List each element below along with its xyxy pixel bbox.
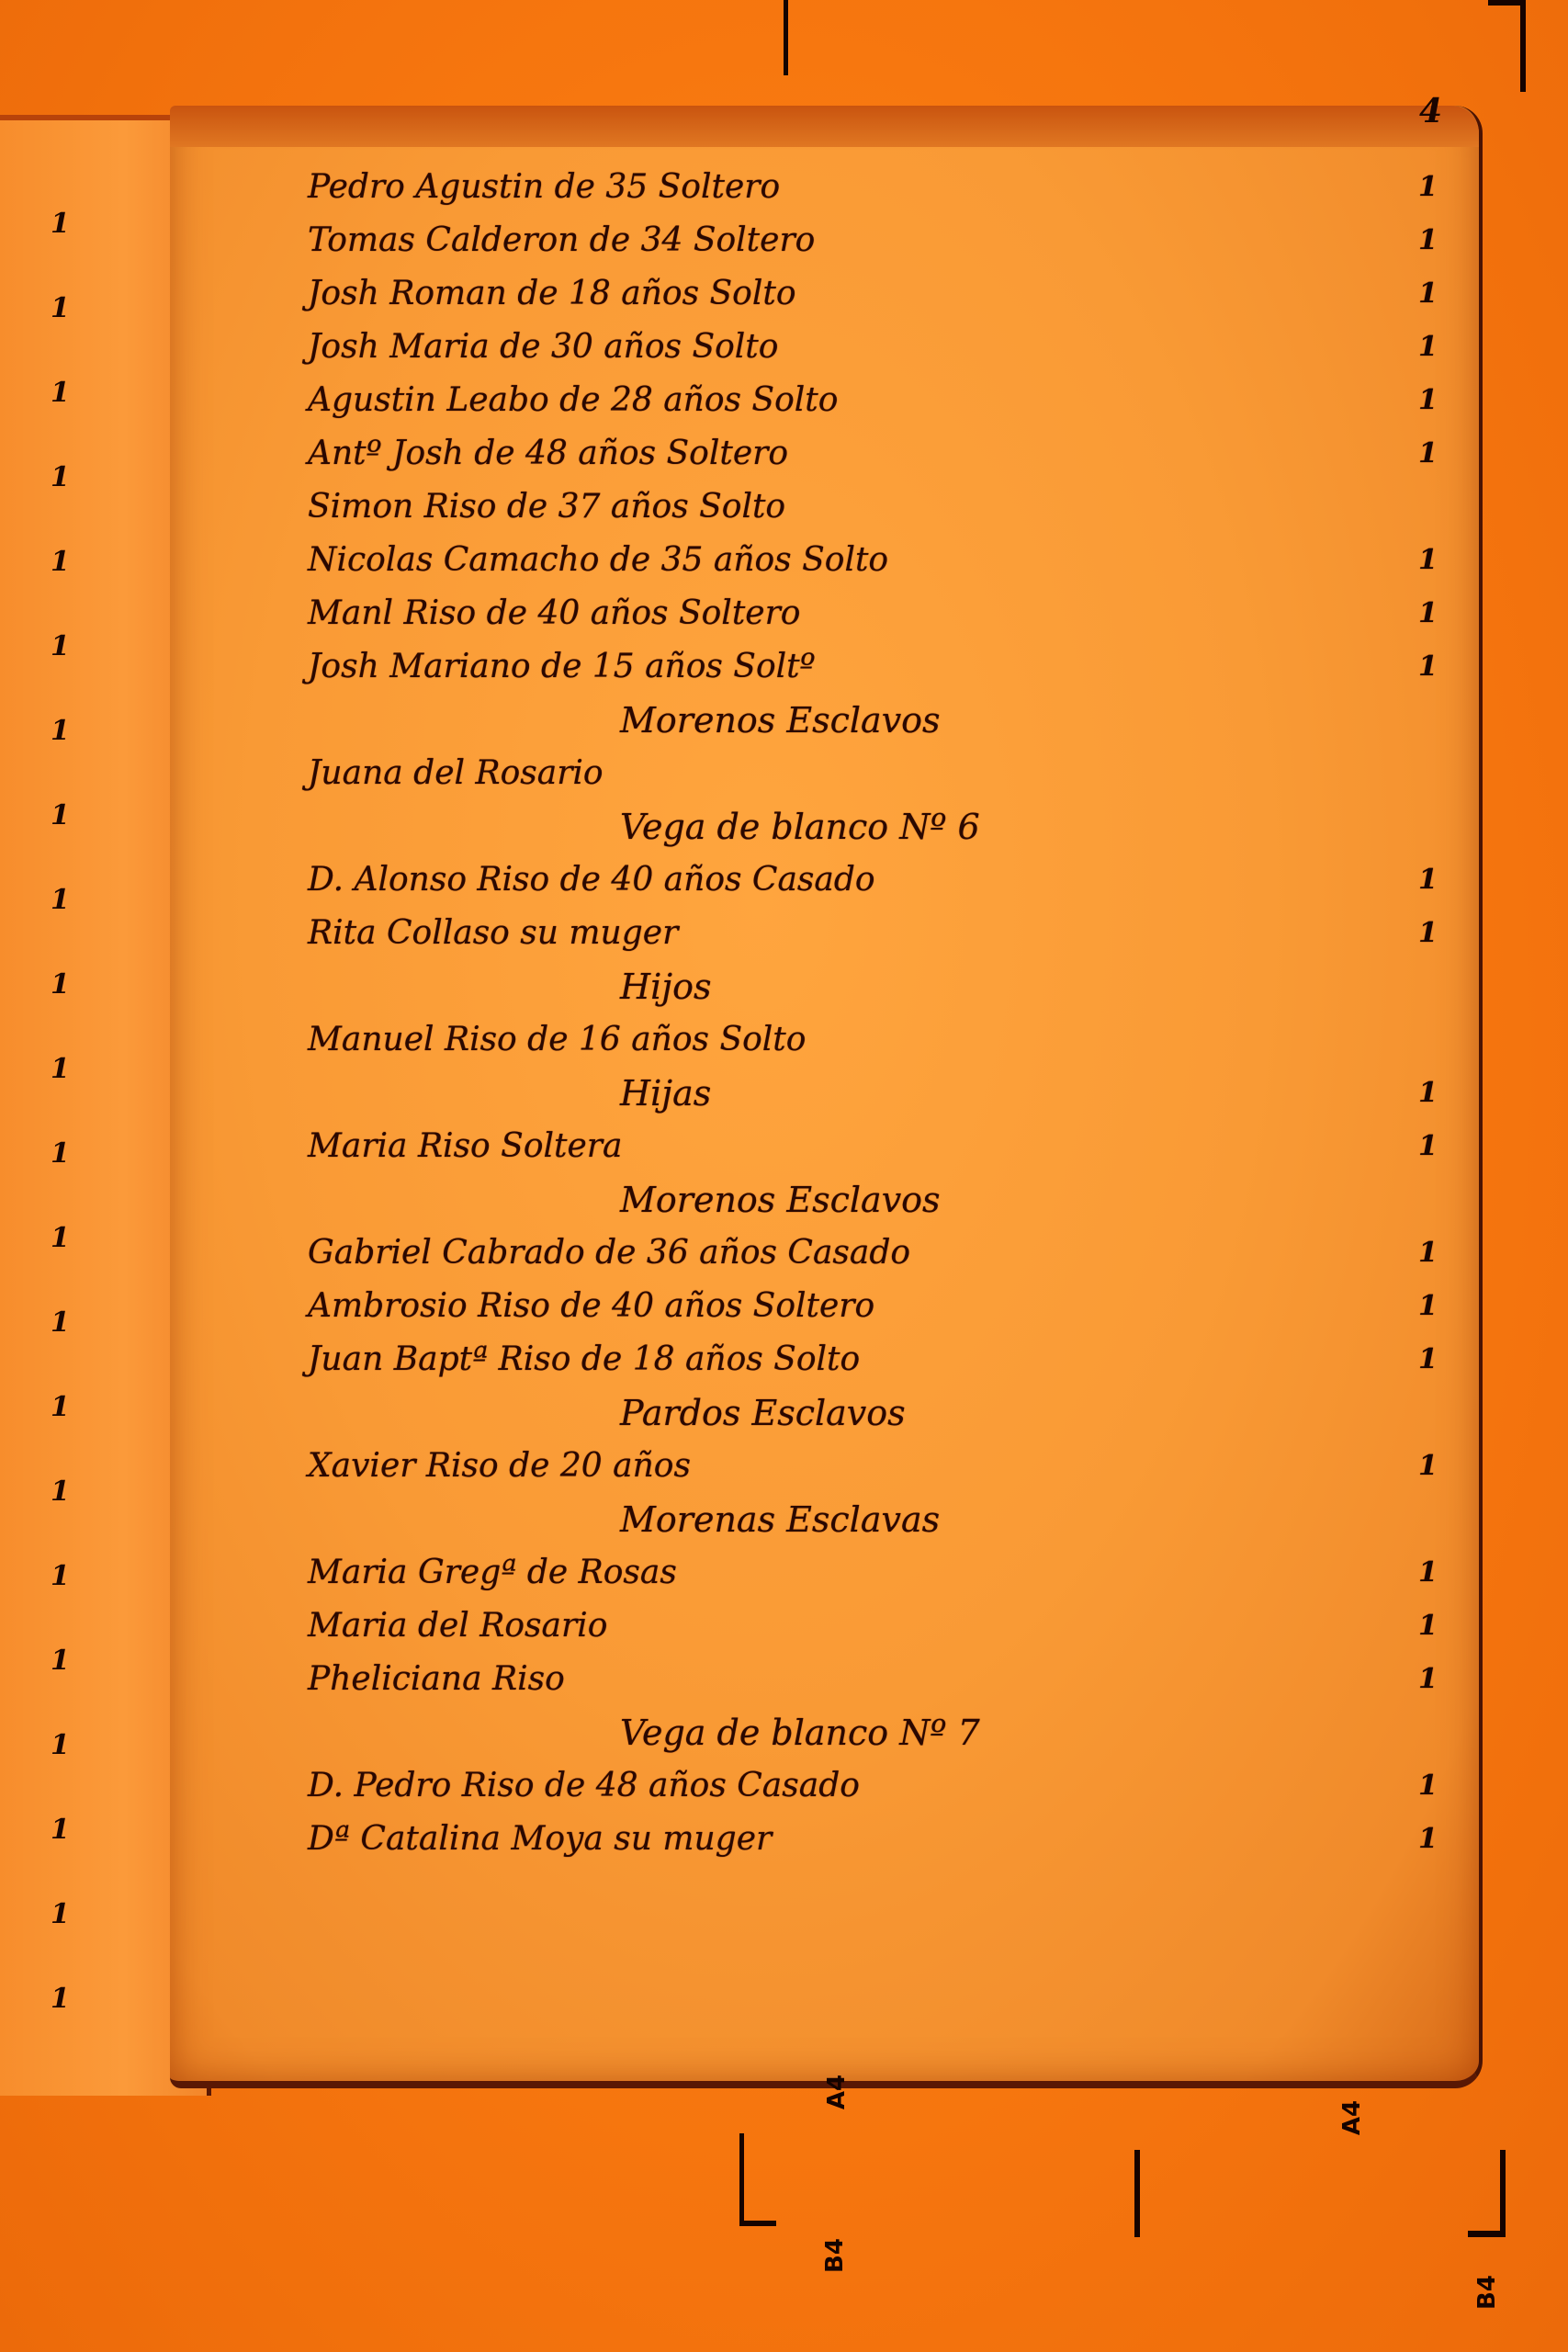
entry-text: Morenas Esclavas <box>620 1499 940 1540</box>
register-entry: Manl Riso de 40 años Soltero1 <box>308 587 1341 640</box>
section-heading: Vega de blanco Nº 6 <box>308 800 1341 854</box>
entry-text: Josh Maria de 30 años Solto <box>308 328 778 366</box>
a4-marker-left: A4 <box>823 2075 851 2109</box>
register-entry: Simon Riso de 37 años Solto <box>308 481 1341 534</box>
left-page-tally-mark: 1 <box>51 1814 70 1846</box>
entry-text: Hijos <box>620 967 711 1007</box>
tally-mark: 1 <box>1418 640 1438 694</box>
entry-text: Pedro Agustin de 35 Soltero <box>308 168 780 206</box>
left-page-tally-mark: 1 <box>51 884 70 916</box>
left-page-tally-mark: 1 <box>51 715 70 747</box>
tally-mark: 1 <box>1418 1600 1438 1653</box>
register-entry: Josh Maria de 30 años Solto1 <box>308 321 1341 374</box>
register-entry: Josh Roman de 18 años Solto1 <box>308 267 1341 321</box>
entry-text: Juana del Rosario <box>308 754 604 792</box>
entry-text: D. Pedro Riso de 48 años Casado <box>308 1767 860 1804</box>
tally-mark: 1 <box>1418 374 1438 427</box>
section-heading: Morenos Esclavos <box>308 1173 1341 1227</box>
crop-mark-bottom-right-vertical-2 <box>1500 2150 1506 2237</box>
tally-mark: 1 <box>1418 267 1438 321</box>
crop-mark-bottom-left-vertical <box>739 2133 744 2225</box>
left-page-tally-mark: 1 <box>51 292 70 324</box>
left-page-tally-mark: 1 <box>51 1898 70 1930</box>
left-page-tally-mark: 1 <box>51 1476 70 1508</box>
entry-text: Nicolas Camacho de 35 años Solto <box>308 541 888 579</box>
section-heading: Hijas1 <box>308 1067 1341 1120</box>
crop-mark-top-right-vertical <box>1520 0 1526 92</box>
page-top-edge <box>170 106 1479 147</box>
tally-mark: 1 <box>1418 321 1438 374</box>
register-entry: Josh Mariano de 15 años Soltº1 <box>308 640 1341 694</box>
entry-text: Juan Baptª Riso de 18 años Solto <box>308 1340 860 1378</box>
entry-text: Agustin Leabo de 28 años Solto <box>308 381 838 419</box>
section-heading: Hijos <box>308 960 1341 1013</box>
entry-text: Maria Riso Soltera <box>308 1127 622 1165</box>
left-page-tally-mark: 1 <box>51 630 70 662</box>
register-entry: Maria del Rosario1 <box>308 1600 1341 1653</box>
left-page-tally-mark: 1 <box>51 1391 70 1423</box>
register-entry: Nicolas Camacho de 35 años Solto1 <box>308 534 1341 587</box>
entry-text: Pardos Esclavos <box>620 1393 906 1433</box>
crop-mark-bottom-right-vertical <box>1134 2150 1140 2237</box>
entry-text: Pheliciana Riso <box>308 1660 565 1698</box>
entry-text: D. Alonso Riso de 40 años Casado <box>308 861 875 899</box>
tally-mark: 1 <box>1418 587 1438 640</box>
tally-mark: 1 <box>1418 854 1438 907</box>
crop-mark-top-right-horizontal <box>1488 0 1525 6</box>
left-page-tally-mark: 1 <box>51 1560 70 1592</box>
register-entry: Agustin Leabo de 28 años Solto1 <box>308 374 1341 427</box>
entry-text: Simon Riso de 37 años Solto <box>308 488 785 526</box>
register-entry: Antº Josh de 48 años Soltero1 <box>308 427 1341 481</box>
register-entry: Xavier Riso de 20 años1 <box>308 1440 1341 1493</box>
entry-text: Josh Roman de 18 años Solto <box>308 275 796 312</box>
tally-mark: 1 <box>1418 1333 1438 1386</box>
entry-text: Xavier Riso de 20 años <box>308 1447 691 1485</box>
crop-mark-top-vertical <box>784 0 788 75</box>
tally-mark: 1 <box>1418 1813 1438 1866</box>
entry-text: Morenos Esclavos <box>620 1180 941 1220</box>
register-entry: Rita Collaso su muger1 <box>308 907 1341 960</box>
entry-text: Hijas <box>620 1073 711 1114</box>
b4-marker-right: B4 <box>1473 2275 1501 2310</box>
register-entry: Juana del Rosario <box>308 747 1341 800</box>
entry-text: Manuel Riso de 16 años Solto <box>308 1021 806 1058</box>
b4-marker-left: B4 <box>821 2238 849 2273</box>
entry-text: Maria Gregª de Rosas <box>308 1554 677 1591</box>
tally-mark: 1 <box>1418 214 1438 267</box>
entry-text: Antº Josh de 48 años Soltero <box>308 435 788 472</box>
left-page-tally-mark: 1 <box>51 1306 70 1339</box>
tally-mark: 1 <box>1418 1653 1438 1706</box>
tally-mark: 1 <box>1418 1759 1438 1813</box>
register-entry: Tomas Calderon de 34 Soltero1 <box>308 214 1341 267</box>
entry-text: Ambrosio Riso de 40 años Soltero <box>308 1287 874 1325</box>
left-page-tally-mark: 1 <box>51 1053 70 1085</box>
entry-text: Gabriel Cabrado de 36 años Casado <box>308 1234 910 1272</box>
left-page-tally-mark: 1 <box>51 461 70 493</box>
a4-marker-right: A4 <box>1338 2100 1366 2135</box>
left-page-tally-mark: 1 <box>51 546 70 578</box>
register-entry: Manuel Riso de 16 años Solto <box>308 1013 1341 1067</box>
left-page-tally-mark: 1 <box>51 799 70 831</box>
left-page-tally-mark: 1 <box>51 1729 70 1761</box>
register-entry: D. Alonso Riso de 40 años Casado1 <box>308 854 1341 907</box>
tally-mark: 1 <box>1418 1280 1438 1333</box>
page-number: 4 <box>1419 92 1442 130</box>
register-entry: D. Pedro Riso de 48 años Casado1 <box>308 1759 1341 1813</box>
section-heading: Morenos Esclavos <box>308 694 1341 747</box>
register-entry: Gabriel Cabrado de 36 años Casado1 <box>308 1227 1341 1280</box>
entry-text: Josh Mariano de 15 años Soltº <box>308 648 816 685</box>
entry-text: Manl Riso de 40 años Soltero <box>308 594 800 632</box>
entry-text: Vega de blanco Nº 7 <box>620 1713 980 1753</box>
left-page-tally-mark: 1 <box>51 968 70 1001</box>
register-entry: Pedro Agustin de 35 Soltero1 <box>308 161 1341 214</box>
entry-text: Maria del Rosario <box>308 1607 607 1645</box>
tally-mark: 1 <box>1418 1546 1438 1600</box>
register-entry: Ambrosio Riso de 40 años Soltero1 <box>308 1280 1341 1333</box>
manuscript-page: 4 Pedro Agustin de 35 Soltero1Tomas Cald… <box>170 106 1483 2088</box>
register-entries: Pedro Agustin de 35 Soltero1Tomas Calder… <box>308 161 1341 1866</box>
tally-mark: 1 <box>1418 534 1438 587</box>
section-heading: Vega de blanco Nº 7 <box>308 1706 1341 1759</box>
register-entry: Juan Baptª Riso de 18 años Solto1 <box>308 1333 1341 1386</box>
register-entry: Dª Catalina Moya su muger1 <box>308 1813 1341 1866</box>
tally-mark: 1 <box>1418 427 1438 481</box>
tally-mark: 1 <box>1418 907 1438 960</box>
entry-text: Morenos Esclavos <box>620 700 941 741</box>
tally-mark: 1 <box>1418 161 1438 214</box>
left-page-tally-mark: 1 <box>51 1645 70 1677</box>
left-page-tally-mark: 1 <box>51 377 70 409</box>
section-heading: Morenas Esclavas <box>308 1493 1341 1546</box>
tally-mark: 1 <box>1418 1067 1438 1120</box>
section-heading: Pardos Esclavos <box>308 1386 1341 1440</box>
left-page-tally-mark: 1 <box>51 208 70 240</box>
tally-mark: 1 <box>1418 1440 1438 1493</box>
tally-mark: 1 <box>1418 1227 1438 1280</box>
left-page-tally-mark: 1 <box>51 1222 70 1254</box>
left-page-tally-mark: 1 <box>51 1983 70 2015</box>
entry-text: Rita Collaso su muger <box>308 914 678 952</box>
crop-mark-bottom-right-horizontal <box>1468 2231 1505 2237</box>
entry-text: Tomas Calderon de 34 Soltero <box>308 221 815 259</box>
register-entry: Maria Riso Soltera1 <box>308 1120 1341 1173</box>
left-page-tally-mark: 1 <box>51 1137 70 1170</box>
entry-text: Vega de blanco Nº 6 <box>620 807 980 847</box>
register-entry: Pheliciana Riso1 <box>308 1653 1341 1706</box>
entry-text: Dª Catalina Moya su muger <box>308 1820 772 1858</box>
crop-mark-bottom-left-horizontal <box>739 2221 776 2226</box>
tally-mark: 1 <box>1418 1120 1438 1173</box>
register-entry: Maria Gregª de Rosas1 <box>308 1546 1341 1600</box>
